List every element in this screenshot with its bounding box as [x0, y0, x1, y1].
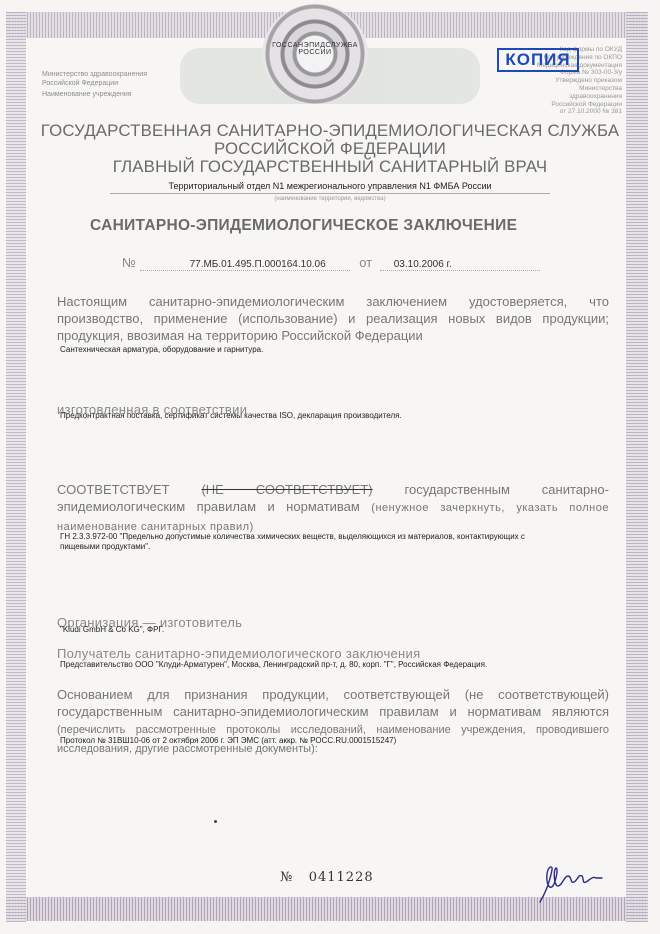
- basis-paragraph: Основанием для признания продукции, соот…: [57, 686, 609, 758]
- emblem-seal-icon: ГОССАНЭПИДСЛУЖБА РОССИИ: [262, 4, 368, 104]
- copy-stamp: КОПИЯ: [497, 48, 579, 72]
- recipient-value: Представительство ООО "Клуди-Арматурен",…: [60, 660, 487, 670]
- okud-line: Российской Федерации: [530, 101, 622, 109]
- compliance-paragraph: СООТВЕТСТВУЕТ (НЕ СООТВЕТСТВУЕТ) государ…: [57, 481, 609, 536]
- basis-main: Основанием для признания продукции, соот…: [57, 687, 609, 719]
- ink-dot: [214, 820, 217, 823]
- okud-line: Министерства здравоохранения: [530, 85, 622, 101]
- certificate-page: ГОССАНЭПИДСЛУЖБА РОССИИ Министерство здр…: [0, 0, 660, 934]
- institution-label: Наименование учреждения: [42, 90, 147, 99]
- compliance-word: СООТВЕТСТВУЕТ: [57, 482, 170, 497]
- made-in-accordance-value: Предконтрактная поставка, сертификат сис…: [60, 411, 402, 421]
- recipient-label: Получатель санитарно-эпидемиологического…: [57, 646, 420, 661]
- protocol-value: Протокол № 31ВШ10-06 от 2 октября 2006 г…: [60, 736, 396, 746]
- number-label: №: [122, 255, 136, 270]
- guilloche-border-left: [6, 12, 26, 922]
- signature-icon: [536, 862, 606, 908]
- product-value: Сантехническая арматура, оборудование и …: [60, 345, 263, 355]
- ministry-line: Министерство здравоохранения: [42, 70, 147, 79]
- seal-text: ГОССАНЭПИДСЛУЖБА РОССИИ: [262, 42, 368, 56]
- territory-caption: (наименование территории, ведомства): [110, 196, 550, 202]
- document-title: САНИТАРНО-ЭПИДЕМИОЛОГИЧЕСКОЕ ЗАКЛЮЧЕНИЕ: [90, 217, 570, 235]
- struck-noncompliance: (НЕ СООТВЕТСТВУЕТ): [201, 482, 372, 497]
- manufacturer-value: "Kludi GmbH & Co KG", ФРГ.: [60, 625, 164, 635]
- okud-line: Утверждено приказом: [530, 77, 622, 85]
- document-number: 77.МБ.01.495.П.000164.10.06: [140, 259, 350, 271]
- agency-title-line: ГЛАВНЫЙ ГОСУДАРСТВЕННЫЙ САНИТАРНЫЙ ВРАЧ: [30, 157, 630, 177]
- document-date: 03.10.2006 г.: [380, 259, 540, 271]
- agency-title-line: ГОСУДАРСТВЕННАЯ САНИТАРНО-ЭПИДЕМИОЛОГИЧЕ…: [30, 121, 630, 141]
- document-number-line: № 77.МБ.01.495.П.000164.10.06 от 03.10.2…: [122, 255, 540, 271]
- agency-title-line: РОССИЙСКОЙ ФЕДЕРАЦИИ: [30, 139, 630, 159]
- sanitary-rules-value: ГН 2.3.3.972-00 "Предельно допустимые ко…: [60, 532, 530, 552]
- serial-label: №: [280, 870, 293, 885]
- ministry-block: Министерство здравоохранения Российской …: [42, 70, 147, 99]
- ministry-line: Российской Федерации: [42, 79, 147, 88]
- okud-line: от 27.10.2000 № 381: [530, 108, 622, 116]
- intro-paragraph: Настоящим санитарно-эпидемиологическим з…: [57, 293, 609, 344]
- serial-number: № 0411228: [280, 870, 374, 885]
- territory-value: Территориальный отдел N1 межрегиональног…: [110, 181, 550, 194]
- serial-value: 0411228: [309, 870, 374, 885]
- date-label: от: [359, 255, 372, 270]
